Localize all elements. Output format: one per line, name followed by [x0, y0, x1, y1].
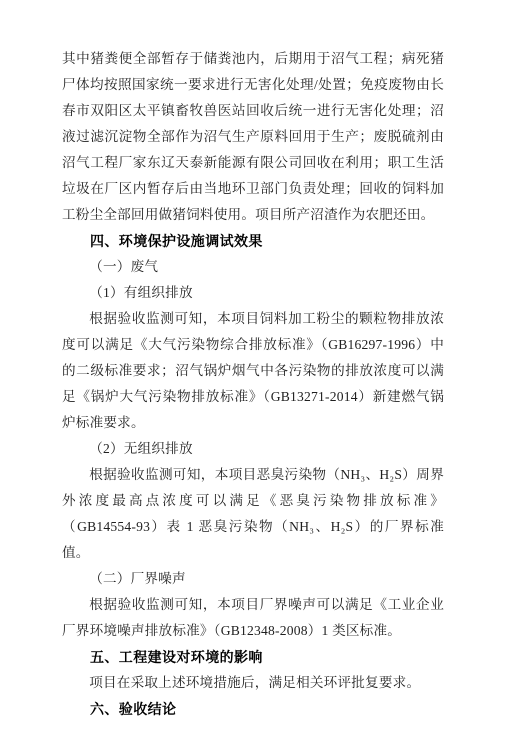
clause-heading-unorganized-emission: （2）无组织排放	[62, 436, 444, 462]
subsection-heading-waste-gas: （一）废气	[62, 254, 444, 280]
paragraph-boundary-noise: 根据验收监测可知，本项目厂界噪声可以满足《工业企业厂界环境噪声排放标准》（GB1…	[62, 592, 444, 644]
subsection-heading-boundary-noise: （二）厂界噪声	[62, 566, 444, 592]
paragraph-organized-emission: 根据验收监测可知，本项目饲料加工粉尘的颗粒物排放浓度可以满足《大气污染物综合排放…	[62, 306, 444, 436]
paragraph-unorganized-emission: 根据验收监测可知，本项目恶臭污染物（NH₃、H₂S）周界外浓度最高点浓度可以满足…	[62, 462, 444, 566]
paragraph-environmental-impact: 项目在采取上述环境措施后，满足相关环评批复要求。	[62, 670, 444, 696]
document-page: 其中猪粪便全部暂存于储粪池内，后期用于沼气工程；病死猪尸体均按照国家统一要求进行…	[0, 0, 515, 733]
page-content: 其中猪粪便全部暂存于储粪池内，后期用于沼气工程；病死猪尸体均按照国家统一要求进行…	[62, 46, 444, 722]
section-heading-5-project-environmental-impact: 五、工程建设对环境的影响	[62, 644, 444, 670]
section-heading-4-env-protection-facility-results: 四、环境保护设施调试效果	[62, 228, 444, 254]
clause-heading-organized-emission: （1）有组织排放	[62, 280, 444, 306]
section-heading-6-acceptance-conclusion: 六、验收结论	[62, 696, 444, 722]
paragraph-waste-disposal-measures: 其中猪粪便全部暂存于储粪池内，后期用于沼气工程；病死猪尸体均按照国家统一要求进行…	[62, 46, 444, 228]
